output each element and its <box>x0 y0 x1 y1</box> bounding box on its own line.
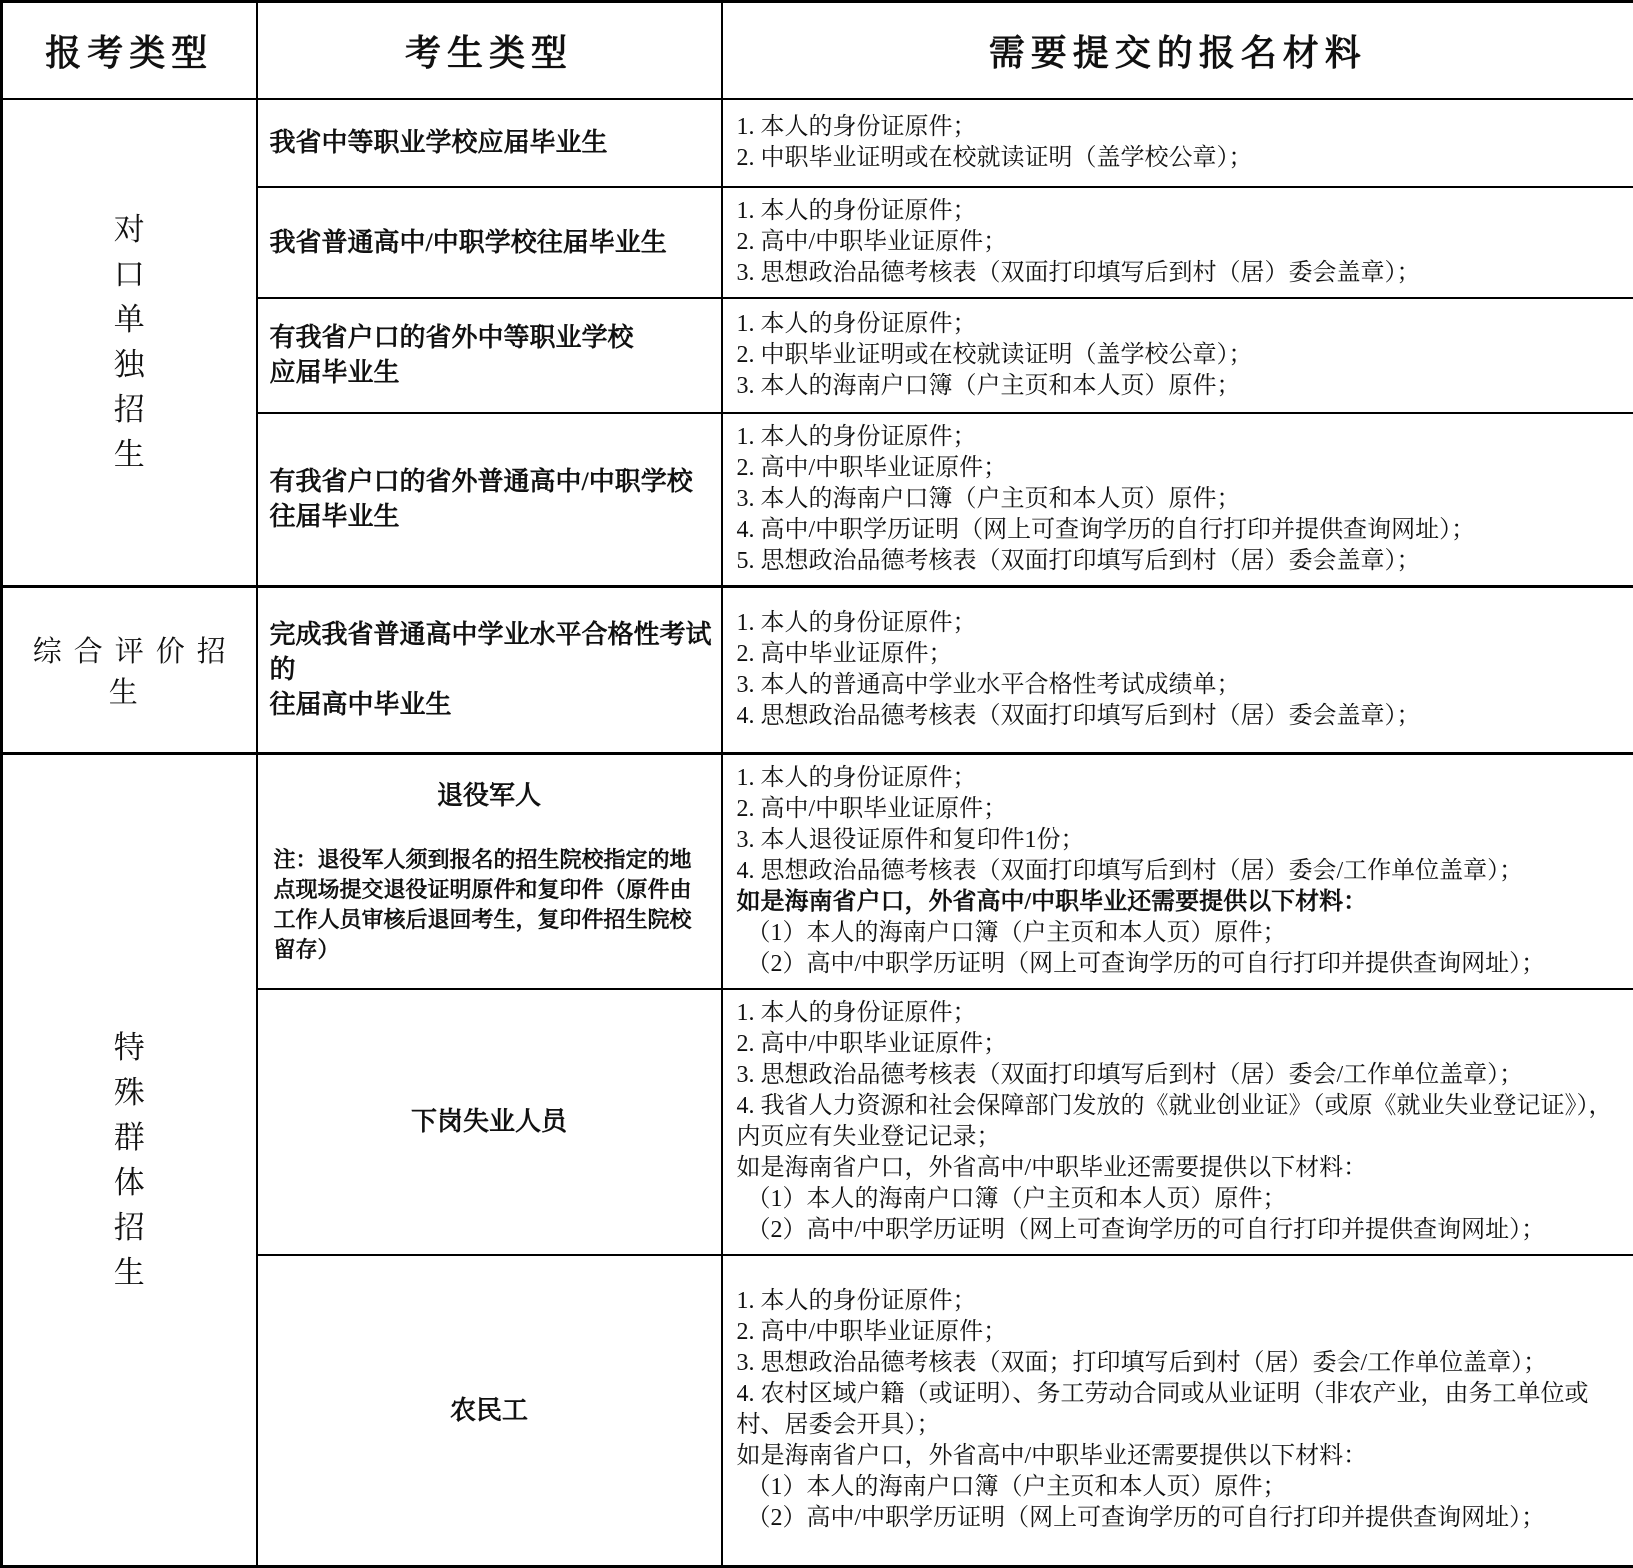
materials-cell: 1. 本人的身份证原件； 2. 高中毕业证原件； 3. 本人的普通高中学业水平合… <box>722 586 1633 753</box>
application-type-cell: 特殊群体招生 <box>2 753 257 1567</box>
material-line: 4. 我省人力资源和社会保障部门发放的《就业创业证》（或原《就业失业登记证》），… <box>737 1091 1624 1153</box>
header-candidate-type: 考生类型 <box>257 2 722 99</box>
candidate-type-cell: 我省中等职业学校应届毕业生 <box>257 99 722 187</box>
material-line: 1. 本人的身份证原件； <box>737 112 1624 143</box>
material-line: 2. 高中/中职毕业证原件； <box>737 794 1624 825</box>
candidate-type-label: 农民工 <box>266 1393 713 1428</box>
material-line: （1）本人的海南户口簿（户主页和本人页）原件； <box>737 918 1624 949</box>
material-line: 2. 高中/中职毕业证原件； <box>737 227 1624 258</box>
material-line: 2. 高中/中职毕业证原件； <box>737 453 1624 484</box>
application-type-label: 综合评价招生 <box>3 629 256 711</box>
material-line: 如是海南省户口，外省高中/中职毕业还需要提供以下材料： <box>737 1153 1624 1184</box>
material-line: 1. 本人的身份证原件； <box>737 422 1624 453</box>
candidate-type-label: 有我省户口的省外中等职业学校 <box>270 320 713 355</box>
material-line: 3. 本人退役证原件和复印件1份； <box>737 825 1624 856</box>
materials-cell: 1. 本人的身份证原件； 2. 中职毕业证明或在校就读证明（盖学校公章）； <box>722 99 1633 187</box>
material-line: （1）本人的海南户口簿（户主页和本人页）原件； <box>737 1472 1624 1503</box>
material-line: 3. 思想政治品德考核表（双面打印填写后到村（居）委会/工作单位盖章）； <box>737 1060 1624 1091</box>
material-line: 如是海南省户口，外省高中/中职毕业还需要提供以下材料： <box>737 887 1624 918</box>
materials-cell: 1. 本人的身份证原件； 2. 中职毕业证明或在校就读证明（盖学校公章）； 3.… <box>722 298 1633 413</box>
candidate-type-label: 完成我省普通高中学业水平合格性考试的 <box>270 617 713 687</box>
candidate-type-cell: 完成我省普通高中学业水平合格性考试的 往届高中毕业生 <box>257 586 722 753</box>
materials-cell: 1. 本人的身份证原件； 2. 高中/中职毕业证原件； 3. 本人退役证原件和复… <box>722 753 1633 989</box>
material-line: 1. 本人的身份证原件； <box>737 998 1624 1029</box>
material-line: 2. 中职毕业证明或在校就读证明（盖学校公章）； <box>737 143 1624 174</box>
candidate-type-cell: 我省普通高中/中职学校往届毕业生 <box>257 187 722 298</box>
material-line: （2）高中/中职学历证明（网上可查询学历的可自行打印并提供查询网址）； <box>737 1215 1624 1246</box>
header-application-type: 报考类型 <box>2 2 257 99</box>
application-type-cell: 综合评价招生 <box>2 586 257 753</box>
candidate-type-cell: 有我省户口的省外普通高中/中职学校 往届毕业生 <box>257 413 722 587</box>
header-materials: 需要提交的报名材料 <box>722 2 1633 99</box>
candidate-type-cell: 退役军人 注：退役军人须到报名的招生院校指定的地点现场提交退役证明原件和复印件（… <box>257 753 722 989</box>
table-row: 特殊群体招生 退役军人 注：退役军人须到报名的招生院校指定的地点现场提交退役证明… <box>2 753 1633 989</box>
application-type-cell: 对口单独招生 <box>2 99 257 587</box>
material-line: 4. 思想政治品德考核表（双面打印填写后到村（居）委会盖章）； <box>737 701 1624 732</box>
material-line: 3. 思想政治品德考核表（双面；打印填写后到村（居）委会/工作单位盖章）； <box>737 1348 1624 1379</box>
material-line: 4. 高中/中职学历证明（网上可查询学历的自行打印并提供查询网址）； <box>737 515 1624 546</box>
material-line: 5. 思想政治品德考核表（双面打印填写后到村（居）委会盖章）； <box>737 546 1624 577</box>
material-line: 1. 本人的身份证原件； <box>737 196 1624 227</box>
table-row: 对口单独招生 我省中等职业学校应届毕业生 1. 本人的身份证原件； 2. 中职毕… <box>2 99 1633 187</box>
application-type-label: 对口单独招生 <box>111 207 147 477</box>
material-line: 如是海南省户口，外省高中/中职毕业还需要提供以下材料： <box>737 1441 1624 1472</box>
candidate-type-cell: 农民工 <box>257 1255 722 1567</box>
material-line: 2. 中职毕业证明或在校就读证明（盖学校公章）； <box>737 340 1624 371</box>
table-row: 综合评价招生 完成我省普通高中学业水平合格性考试的 往届高中毕业生 1. 本人的… <box>2 586 1633 753</box>
material-line: 1. 本人的身份证原件； <box>737 608 1624 639</box>
material-line: （2）高中/中职学历证明（网上可查询学历的可自行打印并提供查询网址）； <box>737 949 1624 980</box>
candidate-type-label: 往届毕业生 <box>270 499 713 534</box>
material-line: （1）本人的海南户口簿（户主页和本人页）原件； <box>737 1184 1624 1215</box>
application-type-label: 特殊群体招生 <box>111 1025 147 1295</box>
candidate-type-label: 有我省户口的省外普通高中/中职学校 <box>270 464 713 499</box>
candidate-type-label: 应届毕业生 <box>270 355 713 390</box>
material-line: 2. 高中毕业证原件； <box>737 639 1624 670</box>
candidate-type-cell: 有我省户口的省外中等职业学校 应届毕业生 <box>257 298 722 413</box>
material-line: 2. 高中/中职毕业证原件； <box>737 1029 1624 1060</box>
materials-cell: 1. 本人的身份证原件； 2. 高中/中职毕业证原件； 3. 思想政治品德考核表… <box>722 1255 1633 1567</box>
materials-cell: 1. 本人的身份证原件； 2. 高中/中职毕业证原件； 3. 思想政治品德考核表… <box>722 187 1633 298</box>
candidate-type-label: 我省普通高中/中职学校往届毕业生 <box>270 225 713 260</box>
material-line: 4. 思想政治品德考核表（双面打印填写后到村（居）委会/工作单位盖章）； <box>737 856 1624 887</box>
material-line: 1. 本人的身份证原件； <box>737 309 1624 340</box>
materials-cell: 1. 本人的身份证原件； 2. 高中/中职毕业证原件； 3. 思想政治品德考核表… <box>722 989 1633 1255</box>
material-line: 2. 高中/中职毕业证原件； <box>737 1317 1624 1348</box>
material-line: 3. 本人的普通高中学业水平合格性考试成绩单； <box>737 670 1624 701</box>
material-line: 3. 本人的海南户口簿（户主页和本人页）原件； <box>737 371 1624 402</box>
material-line: （2）高中/中职学历证明（网上可查询学历的可自行打印并提供查询网址）； <box>737 1503 1624 1534</box>
material-line: 3. 思想政治品德考核表（双面打印填写后到村（居）委会盖章）； <box>737 258 1624 289</box>
material-line: 4. 农村区域户籍（或证明）、务工劳动合同或从业证明（非农产业，由务工单位或村、… <box>737 1379 1624 1441</box>
candidate-type-label: 退役军人 <box>266 778 713 813</box>
candidate-type-cell: 下岗失业人员 <box>257 989 722 1255</box>
candidate-type-label: 下岗失业人员 <box>266 1104 713 1139</box>
material-line: 3. 本人的海南户口簿（户主页和本人页）原件； <box>737 484 1624 515</box>
material-line: 1. 本人的身份证原件； <box>737 763 1624 794</box>
registration-materials-table: 报考类型 考生类型 需要提交的报名材料 对口单独招生 我省中等职业学校应届毕业生… <box>0 0 1633 1568</box>
candidate-type-label: 我省中等职业学校应届毕业生 <box>270 125 713 160</box>
material-line: 1. 本人的身份证原件； <box>737 1286 1624 1317</box>
materials-cell: 1. 本人的身份证原件； 2. 高中/中职毕业证原件； 3. 本人的海南户口簿（… <box>722 413 1633 587</box>
candidate-type-label: 往届高中毕业生 <box>270 687 713 722</box>
table-header-row: 报考类型 考生类型 需要提交的报名材料 <box>2 2 1633 99</box>
candidate-note: 注：退役军人须到报名的招生院校指定的地点现场提交退役证明原件和复印件（原件由工作… <box>266 845 713 965</box>
